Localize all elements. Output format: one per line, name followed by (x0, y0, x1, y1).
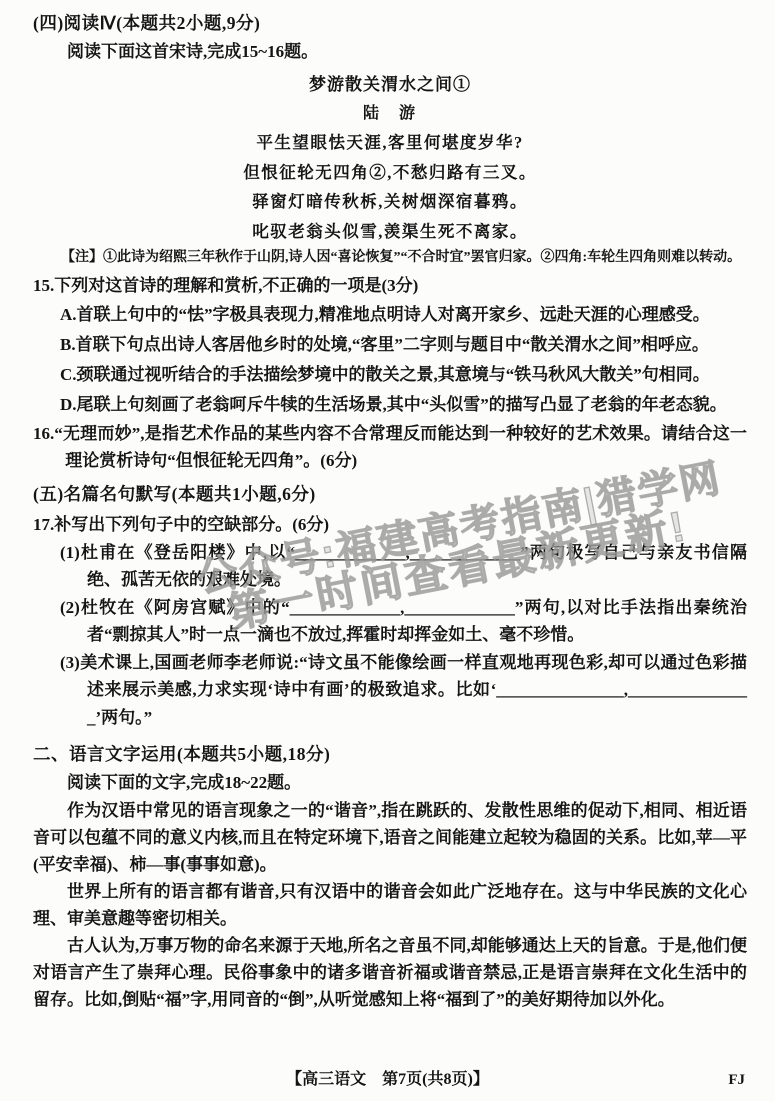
page-footer-code: FJ (728, 1072, 745, 1089)
question-16-stem: 16.“无理而妙”,是指艺术作品的某些内容不合常理反而能达到一种较好的艺术效果。… (33, 420, 747, 475)
exam-page: 公众号:福建高考指南|猎学网 第一时间查看最新更新! (四)阅读Ⅳ(本题共2小题… (0, 0, 775, 1101)
section2-paragraph-2: 世界上所有的语言都有谐音,只有汉语中的谐音会如此广泛地存在。这与中华民族的文化心… (33, 878, 747, 932)
poem-line: 驿窗灯暗传秋柝,关树烟深宿暮鸦。 (33, 187, 747, 217)
section5-heading: (五)名篇名句默写(本题共1小题,6分) (33, 481, 747, 508)
question-17-item-3: (3)美术课上,国画老师李老师说:“诗文虽不能像绘画一样直观地再现色彩,却可以通… (60, 649, 747, 732)
poem-note: 【注】①此诗为绍熙三年秋作于山阴,诗人因“喜论恢复”“不合时宜”罢官归家。②四角… (33, 248, 747, 269)
section2-paragraph-3: 古人认为,万事万物的命名来源于天地,所名之音虽不同,却能够通达上天的旨意。于是,… (33, 932, 747, 1013)
question-17-stem: 17.补写出下列句子中的空缺部分。(6分) (33, 510, 747, 539)
section4-heading: (四)阅读Ⅳ(本题共2小题,9分) (33, 10, 747, 37)
question-15-option-d: D.尾联上句刻画了老翁呵斥牛犊的生活场景,其中“头似雪”的描写凸显了老翁的年老态… (60, 390, 747, 420)
section2-heading: 二、语言文字运用(本题共5小题,18分) (33, 741, 747, 768)
question-15-option-a: A.首联上句中的“怯”字极具表现力,精准地点明诗人对离开家乡、远赴天涯的心理感受… (60, 300, 747, 330)
question-15-stem: 15.下列对这首诗的理解和赏析,不正确的一项是(3分) (33, 271, 747, 300)
question-17-item-2: (2)杜牧在《阿房宫赋》中的“_____________,___________… (60, 594, 747, 649)
page-footer: 【高三语文 第7页(共8页)】 (0, 1066, 775, 1089)
poem-line: 但恨征轮无四角②,不愁归路有三叉。 (33, 158, 747, 188)
section4-intro: 阅读下面这首宋诗,完成15~16题。 (33, 37, 747, 66)
question-17-item-1: (1)杜甫在《登岳阳楼》中,以“_____________,__________… (60, 539, 747, 594)
page-content: (四)阅读Ⅳ(本题共2小题,9分) 阅读下面这首宋诗,完成15~16题。 梦游散… (0, 0, 775, 1013)
question-15-option-c: C.颈联通过视听结合的手法描绘梦境中的散关之景,其意境与“铁马秋风大散关”句相同… (60, 360, 747, 390)
question-15-option-b: B.首联下句点出诗人客居他乡时的处境,“客里”二字则与题目中“散关渭水之间”相呼… (60, 330, 747, 360)
poem-author: 陆 游 (33, 100, 747, 128)
poem-line: 平生望眼怯天涯,客里何堪度岁华? (33, 128, 747, 158)
section2-paragraph-1: 作为汉语中常见的语言现象之一的“谐音”,指在跳跃的、发散性思维的促动下,相同、相… (33, 797, 747, 878)
poem-title: 梦游散关渭水之间① (33, 70, 747, 100)
section2-intro: 阅读下面的文字,完成18~22题。 (33, 768, 747, 797)
poem-line: 叱驭老翁头似雪,羡渠生死不离家。 (33, 217, 747, 247)
